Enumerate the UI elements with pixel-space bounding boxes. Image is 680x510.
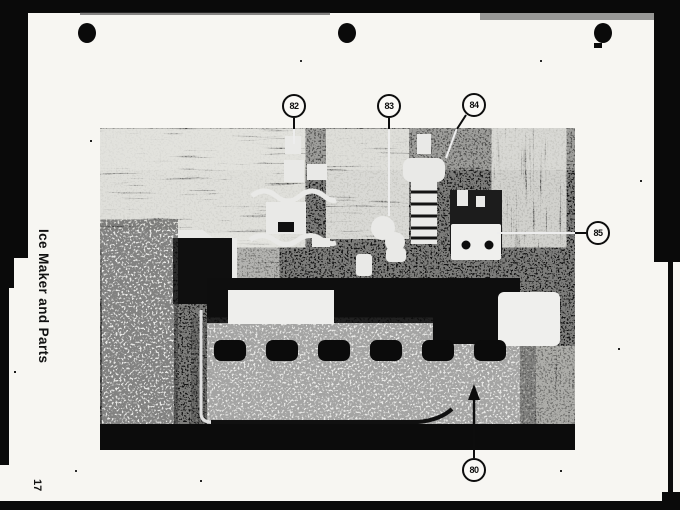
binder-dot-right [594,23,612,43]
streaks-top [100,128,575,168]
part-84-85-solenoid-bracket [450,190,502,260]
scan-haze-top-left [80,12,330,15]
scan-border-right-lower [668,262,673,500]
ice-mold-assembly [207,278,560,431]
scan-specks [14,371,16,373]
callout-84: 84 [462,93,486,117]
scanned-manual-page: Ice Maker and Parts 17 [0,0,680,510]
binder-dot-left [78,23,96,43]
ice-maker-photo-art [100,128,575,450]
scan-haze-top-right [480,13,660,20]
photo-bottom-strip [100,424,575,450]
page-title: Ice Maker and Parts [36,229,51,363]
scan-border-bottom [0,501,680,510]
scan-border-left-lower [0,258,9,465]
scan-border-right-upper [654,0,680,262]
callout-83: 83 [377,94,401,118]
callout-80: 80 [462,458,486,482]
scan-border-left-upper [0,0,28,258]
ice-maker-photo [100,128,575,450]
page-number: 17 [31,479,43,491]
callout-85: 85 [586,221,610,245]
binder-dot-smudge [594,43,602,48]
cover-plate [498,292,560,346]
callout-82: 82 [282,94,306,118]
binder-dot-center [338,23,356,43]
